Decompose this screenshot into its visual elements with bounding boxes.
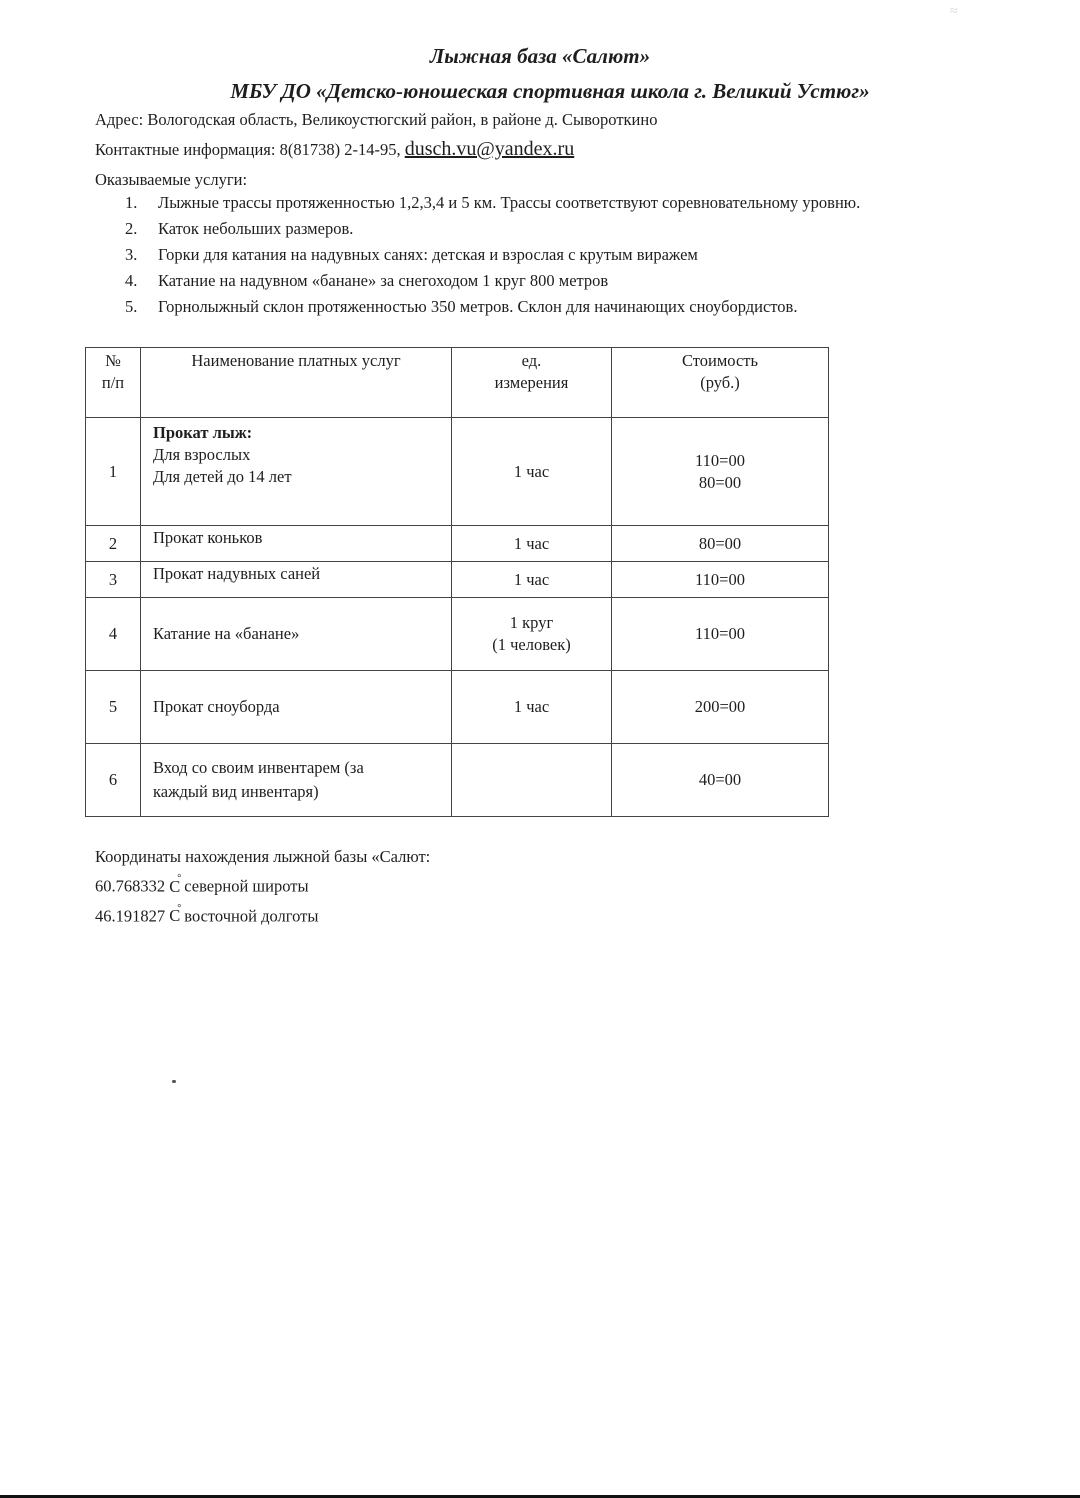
organization-name: МБУ ДО «Детско-юношеская спортивная школ… [0,79,1080,104]
document-page: ≈ Лыжная база «Салют» МБУ ДО «Детско-юно… [0,0,1080,1498]
services-list: 1.Лыжные трассы протяженностью 1,2,3,4 и… [125,193,860,323]
row-price: 80=00 [612,526,829,562]
table-row: 5 Прокат сноуборда 1 час 200=00 [86,671,829,744]
row-unit: 1 час [452,526,612,562]
coordinates-block: Координаты нахождения лыжной базы «Салют… [95,844,430,929]
row-service-name: Прокат лыж: Для взрослых Для детей до 14… [141,418,452,526]
row-unit: 1 час [452,671,612,744]
longitude-line: 46.191827 С°восточной долготы [95,900,430,930]
row-unit: 1 час [452,418,612,526]
row-number: 2 [86,526,141,562]
scan-speck [172,1080,176,1083]
header-number: №п/п [86,348,141,418]
header-unit: ед.измерения [452,348,612,418]
header-service-name: Наименование платных услуг [141,348,452,418]
row-number: 1 [86,418,141,526]
row-service-name: Прокат сноуборда [141,671,452,744]
latitude-line: 60.768332 С°северной широты [95,870,430,900]
table-header-row: №п/п Наименование платных услуг ед.измер… [86,348,829,418]
table-row: 2 Прокат коньков 1 час 80=00 [86,526,829,562]
faint-stamp-mark: ≈ [950,4,982,20]
service-item: 3.Горки для катания на надувных санях: д… [125,245,860,271]
row-number: 4 [86,598,141,671]
service-item: 2.Каток небольших размеров. [125,219,860,245]
row-unit: 1 час [452,562,612,598]
address-line: Адрес: Вологодская область, Великоустюгс… [95,110,657,130]
row-service-name: Вход со своим инвентарем (за каждый вид … [141,744,452,817]
email-link[interactable]: dusch.vu@yandex.ru [405,138,575,160]
document-title: Лыжная база «Салют» [0,44,1080,69]
table-row: 6 Вход со своим инвентарем (за каждый ви… [86,744,829,817]
row-price: 110=00 80=00 [612,418,829,526]
service-item: 4.Катание на надувном «банане» за снегох… [125,271,860,297]
row-price: 40=00 [612,744,829,817]
contact-line: Контактные информация: 8(81738) 2-14-95,… [95,138,574,161]
contact-label: Контактные информация: 8(81738) 2-14-95, [95,140,405,159]
row-price: 110=00 [612,598,829,671]
table-row: 4 Катание на «банане» 1 круг (1 человек)… [86,598,829,671]
coordinates-label: Координаты нахождения лыжной базы «Салют… [95,844,430,870]
row-price: 110=00 [612,562,829,598]
row-number: 6 [86,744,141,817]
service-item: 5.Горнолыжный склон протяженностью 350 м… [125,297,860,323]
row-unit [452,744,612,817]
service-item: 1.Лыжные трассы протяженностью 1,2,3,4 и… [125,193,860,219]
table-row: 3 Прокат надувных саней 1 час 110=00 [86,562,829,598]
table-row: 1 Прокат лыж: Для взрослых Для детей до … [86,418,829,526]
header-cost: Стоимость(руб.) [612,348,829,418]
row-unit: 1 круг (1 человек) [452,598,612,671]
row-service-name: Прокат коньков [141,526,452,562]
services-label: Оказываемые услуги: [95,170,247,190]
row-service-name: Прокат надувных саней [141,562,452,598]
price-table: №п/п Наименование платных услуг ед.измер… [85,347,829,817]
row-number: 5 [86,671,141,744]
row-price: 200=00 [612,671,829,744]
row-number: 3 [86,562,141,598]
row-service-name: Катание на «банане» [141,598,452,671]
